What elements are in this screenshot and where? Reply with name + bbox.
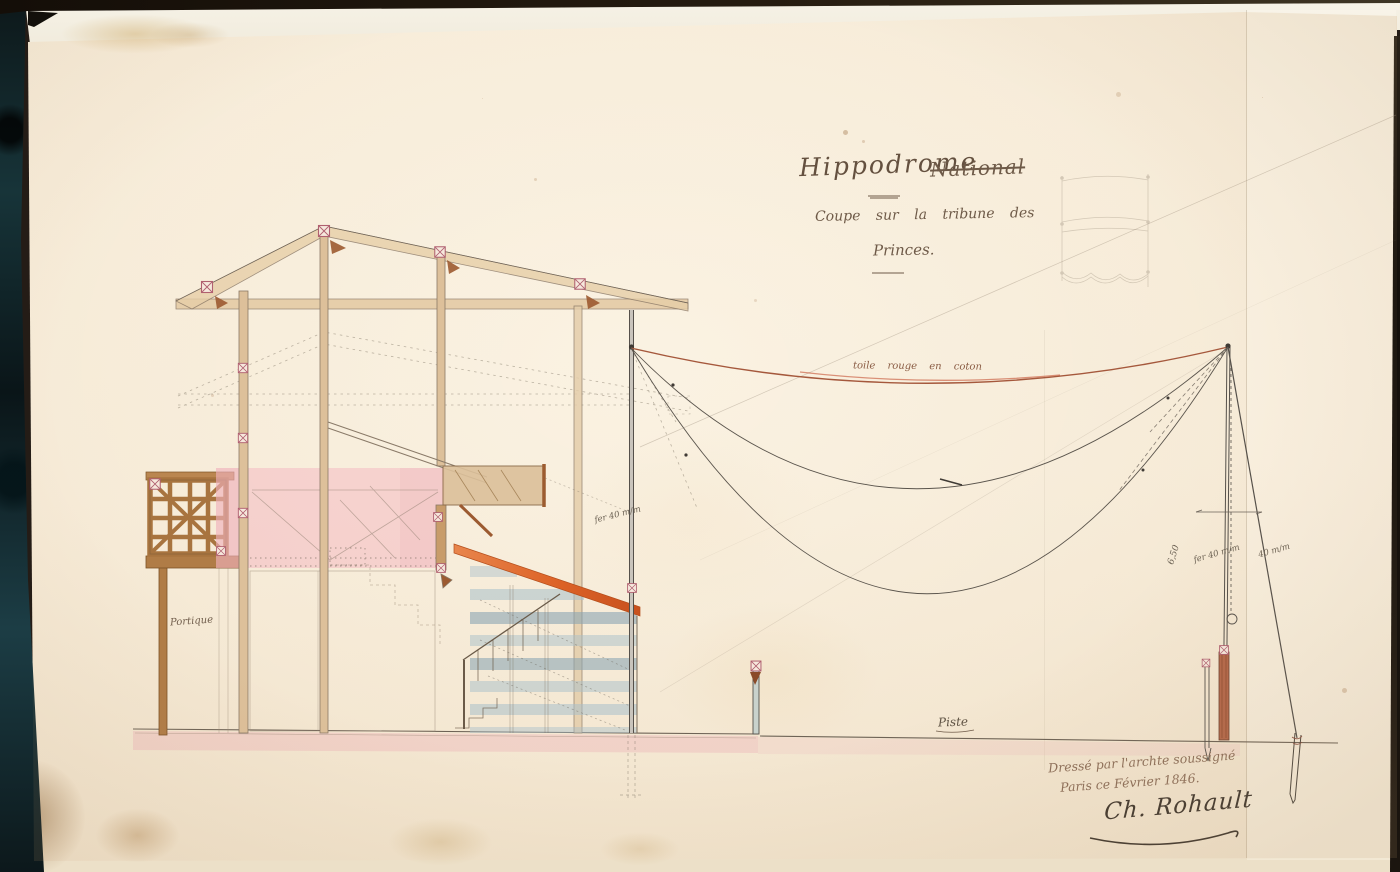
construction-lines	[640, 115, 1396, 692]
wall-face-lines	[219, 568, 228, 733]
drawing-title-struck-word: National	[930, 154, 1026, 181]
pencil-sketch-awning-detail	[1061, 174, 1150, 287]
lower-room-outline	[250, 565, 440, 731]
signature-flourish	[1090, 831, 1238, 844]
balcony-box	[443, 464, 629, 536]
pink-tribune-wash	[216, 468, 445, 568]
anchor-stake	[1290, 733, 1302, 803]
raking-beam	[454, 544, 640, 616]
piste-fence-post	[750, 668, 761, 734]
catenary-ropes	[631, 347, 1228, 594]
label-piste: Piste	[938, 714, 968, 729]
annotation-rope-canvas: toile rouge en coton	[853, 360, 982, 372]
awning-mast	[620, 310, 643, 798]
photograph-of-architectural-drawing: { "artwork": { "title": "Hippodrome", "t…	[0, 0, 1400, 872]
right-guy-pole	[1118, 343, 1302, 803]
roof-truss	[176, 226, 688, 311]
section-drawing	[0, 0, 1400, 872]
x-joint-markers	[150, 226, 1229, 671]
drawing-subtitle-line2: Princes.	[873, 240, 935, 259]
